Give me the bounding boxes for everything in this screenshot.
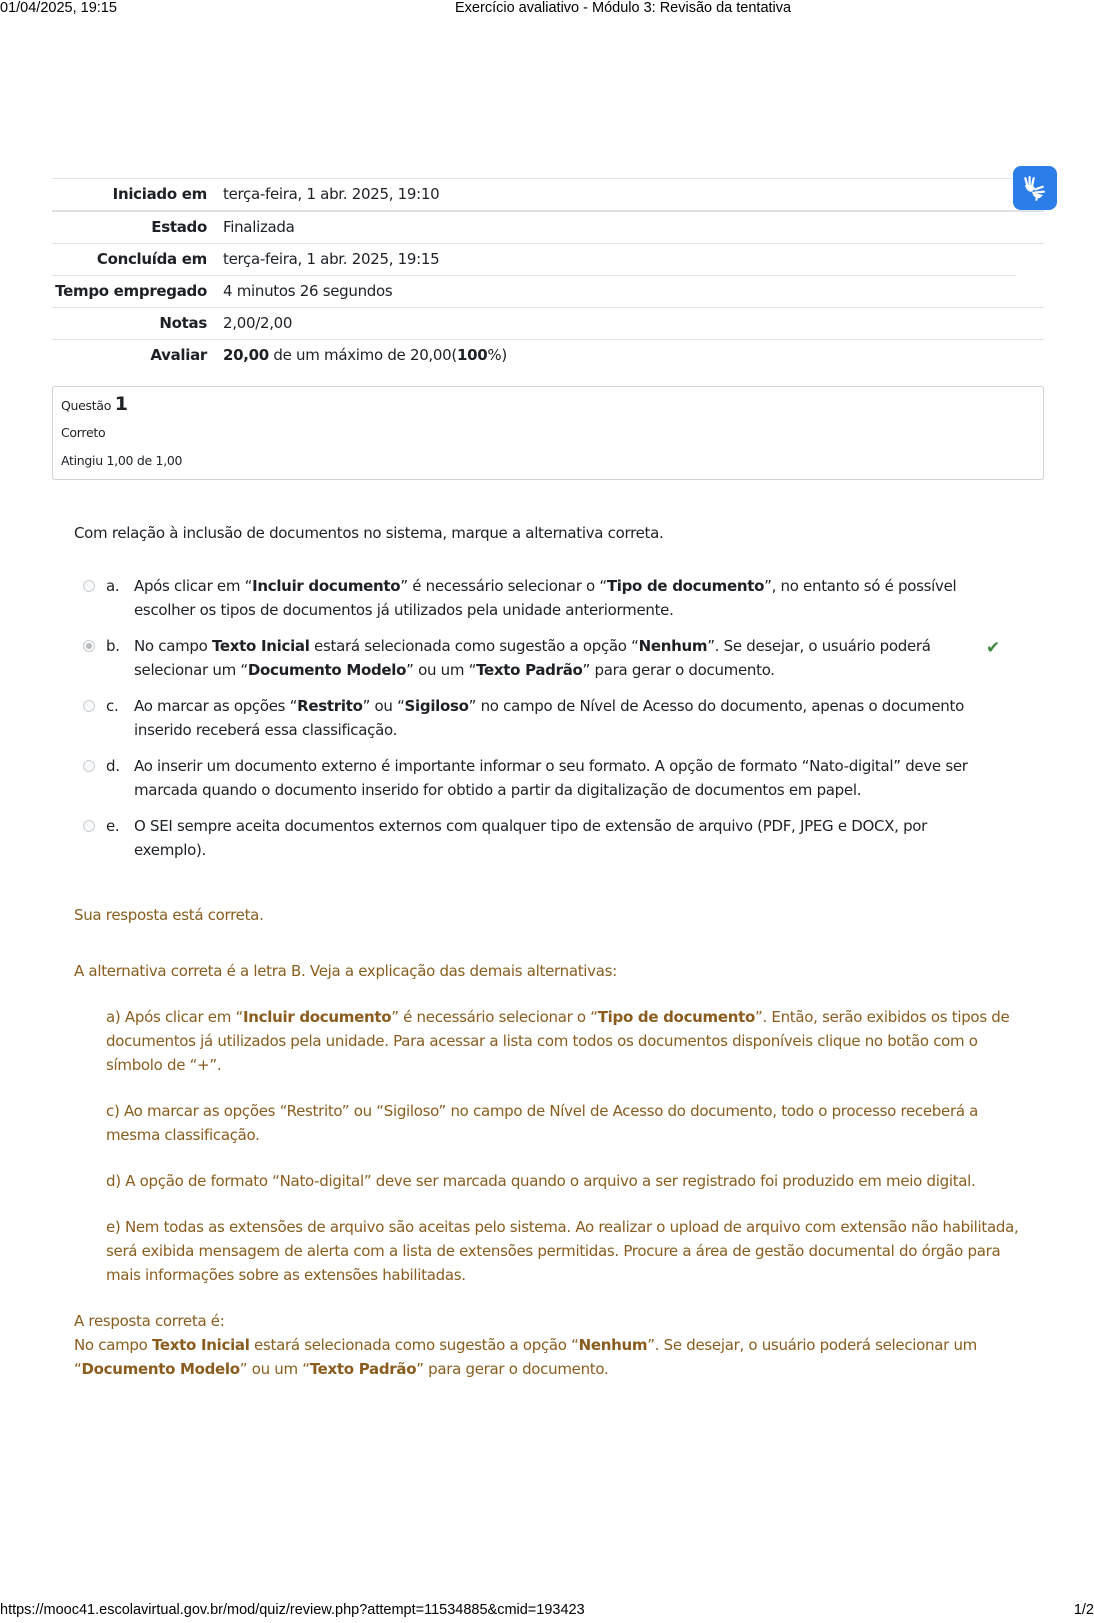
emphasis-text: Documento Modelo (81, 1360, 239, 1378)
summary-value: 20,00 de um máximo de 20,00(100%) (217, 340, 513, 371)
question-number-value: 1 (115, 393, 128, 415)
grade-percent: 100 (457, 346, 487, 364)
summary-value: terça-feira, 1 abr. 2025, 19:15 (217, 244, 445, 275)
emphasis-text: Texto Inicial (212, 637, 310, 655)
answer-option-a[interactable]: a.Após clicar em “Incluir documento” é n… (80, 574, 1020, 622)
emphasis-text: Restrito (297, 697, 362, 715)
answer-letter: b. (106, 634, 120, 658)
summary-row-grade: Avaliar 20,00 de um máximo de 20,00(100%… (52, 339, 1044, 371)
summary-label: Tempo empregado (52, 276, 217, 307)
summary-row-completed: Concluída em terça-feira, 1 abr. 2025, 1… (52, 243, 1044, 275)
answer-text: Ao marcar as opções “Restrito” ou “Sigil… (134, 694, 1020, 742)
text-fragment: ” é necessário selecionar o “ (391, 1008, 598, 1026)
text-fragment: estará selecionada como sugestão a opção… (250, 1336, 579, 1354)
print-page-title: Exercício avaliativo - Módulo 3: Revisão… (455, 0, 791, 16)
sign-language-accessibility-button[interactable] (1013, 166, 1057, 210)
print-header: 01/04/2025, 19:15 Exercício avaliativo -… (0, 0, 1094, 18)
text-fragment: No campo (74, 1336, 152, 1354)
text-fragment: No campo (134, 637, 212, 655)
explanation-paragraph: c) Ao marcar as opções “Restrito” ou “Si… (106, 1099, 1024, 1147)
explanation-paragraph: a) Após clicar em “Incluir documento” é … (106, 1005, 1024, 1077)
answer-radio[interactable] (83, 580, 95, 592)
emphasis-text: Incluir documento (243, 1008, 391, 1026)
answer-radio[interactable] (83, 760, 95, 772)
answer-text: Ao inserir um documento externo é import… (134, 754, 1020, 802)
emphasis-text: Texto Inicial (152, 1336, 250, 1354)
summary-label: Notas (52, 308, 217, 339)
summary-row-started: Iniciado em terça-feira, 1 abr. 2025, 19… (52, 178, 1044, 210)
print-datetime: 01/04/2025, 19:15 (0, 0, 117, 16)
text-fragment: ” para gerar o documento. (583, 661, 775, 679)
summary-value: 4 minutos 26 segundos (217, 276, 398, 307)
summary-label: Avaliar (52, 340, 217, 371)
text-fragment: ” ou “ (363, 697, 405, 715)
answer-option-e[interactable]: e.O SEI sempre aceita documentos externo… (80, 814, 1020, 862)
text-fragment: Após clicar em “ (134, 577, 252, 595)
text-fragment: ” ou um “ (240, 1360, 310, 1378)
text-fragment: c) Ao marcar as opções “Restrito” ou “Si… (106, 1102, 978, 1144)
right-answer-label: A resposta correta é: (74, 1309, 1024, 1333)
answer-option-b[interactable]: b.No campo Texto Inicial estará selecion… (80, 634, 1020, 682)
summary-row-marks: Notas 2,00/2,00 (52, 307, 1044, 339)
attempt-summary-table: Iniciado em terça-feira, 1 abr. 2025, 19… (52, 178, 1044, 371)
emphasis-text: Sigiloso (405, 697, 469, 715)
text-fragment: d) A opção de formato “Nato-digital” dev… (106, 1172, 976, 1190)
text-fragment: a) Após clicar em “ (106, 1008, 243, 1026)
emphasis-text: Nenhum (579, 1336, 648, 1354)
general-feedback-intro: A alternativa correta é a letra B. Veja … (74, 959, 1024, 983)
summary-label: Iniciado em (52, 179, 217, 210)
question-grade: Atingiu 1,00 de 1,00 (61, 453, 182, 468)
answer-radio[interactable] (83, 640, 95, 652)
right-answer-text: No campo Texto Inicial estará selecionad… (74, 1333, 1024, 1381)
feedback-section: Sua resposta está correta. A alternativa… (74, 903, 1024, 1381)
summary-value: 2,00/2,00 (217, 308, 298, 339)
answer-letter: d. (106, 754, 120, 778)
text-fragment: Ao inserir um documento externo é import… (134, 757, 968, 799)
grade-text: de um máximo de 20,00( (269, 346, 457, 364)
sign-language-hands-icon (1020, 173, 1050, 203)
emphasis-text: Texto Padrão (310, 1360, 416, 1378)
print-page-number: 1/2 (1074, 1602, 1094, 1618)
summary-label: Estado (52, 212, 217, 243)
answer-letter: c. (106, 694, 118, 718)
answer-text: O SEI sempre aceita documentos externos … (134, 814, 1020, 862)
text-fragment: e) Nem todas as extensões de arquivo são… (106, 1218, 1018, 1284)
text-fragment: ” para gerar o documento. (416, 1360, 608, 1378)
question-info-box: Questão 1 Correto Atingiu 1,00 de 1,00 (52, 386, 1044, 480)
text-fragment: O SEI sempre aceita documentos externos … (134, 817, 927, 859)
emphasis-text: Texto Padrão (476, 661, 582, 679)
explanation-paragraph: d) A opção de formato “Nato-digital” dev… (106, 1169, 1024, 1193)
question-number: Questão 1 (61, 393, 128, 415)
specific-feedback: Sua resposta está correta. (74, 903, 1024, 927)
alternative-explanations: a) Após clicar em “Incluir documento” é … (106, 1005, 1024, 1287)
answer-letter: e. (106, 814, 119, 838)
answer-option-c[interactable]: c.Ao marcar as opções “Restrito” ou “Sig… (80, 694, 1020, 742)
question-prefix: Questão (61, 398, 111, 413)
grade-suffix: %) (487, 346, 507, 364)
emphasis-text: Nenhum (639, 637, 708, 655)
summary-value: terça-feira, 1 abr. 2025, 19:10 (217, 179, 445, 210)
text-fragment: Ao marcar as opções “ (134, 697, 297, 715)
summary-value: Finalizada (217, 212, 301, 243)
answer-option-d[interactable]: d.Ao inserir um documento externo é impo… (80, 754, 1020, 802)
emphasis-text: Tipo de documento (598, 1008, 755, 1026)
answer-radio[interactable] (83, 700, 95, 712)
answer-options: a.Após clicar em “Incluir documento” é n… (80, 574, 1020, 874)
summary-label: Concluída em (52, 244, 217, 275)
emphasis-text: Incluir documento (252, 577, 400, 595)
print-footer: https://mooc41.escolavirtual.gov.br/mod/… (0, 1602, 1094, 1622)
answer-text: No campo Texto Inicial estará selecionad… (134, 634, 1020, 682)
print-url: https://mooc41.escolavirtual.gov.br/mod/… (0, 1602, 585, 1618)
correct-check-icon: ✔ (986, 636, 1000, 660)
answer-letter: a. (106, 574, 119, 598)
emphasis-text: Tipo de documento (607, 577, 764, 595)
text-fragment: estará selecionada como sugestão a opção… (310, 637, 639, 655)
question-state: Correto (61, 425, 105, 440)
summary-row-state: Estado Finalizada (52, 210, 1044, 243)
question-text: Com relação à inclusão de documentos no … (74, 524, 664, 542)
summary-row-time-taken: Tempo empregado 4 minutos 26 segundos (52, 275, 1016, 307)
text-fragment: ” ou um “ (406, 661, 476, 679)
explanation-paragraph: e) Nem todas as extensões de arquivo são… (106, 1215, 1024, 1287)
text-fragment: ” é necessário selecionar o “ (400, 577, 607, 595)
answer-text: Após clicar em “Incluir documento” é nec… (134, 574, 1020, 622)
grade-score: 20,00 (223, 346, 269, 364)
emphasis-text: Documento Modelo (248, 661, 406, 679)
answer-radio[interactable] (83, 820, 95, 832)
